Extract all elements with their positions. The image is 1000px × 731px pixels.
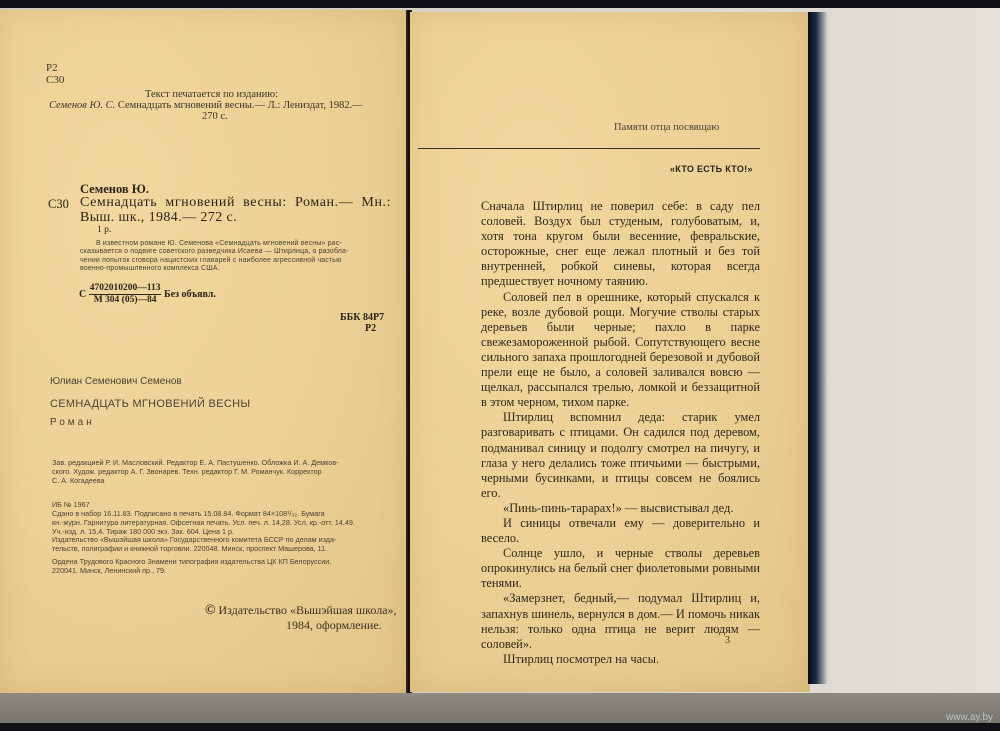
catalog-code-prefix: С [79,289,86,300]
scanner-bottom-strip [0,693,1000,723]
catalog-title-line2: Выш. шк., 1984.— 272 с. [80,210,237,226]
annotation-line: сказывается о подвиге советского разведч… [80,248,349,256]
source-note-heading: Текст печатается по изданию: [145,89,278,100]
credits-line: С. А. Когадеева [52,476,339,485]
dedication-rule [418,148,760,149]
catalog-title-line1: Семнадцать мгновений весны: Роман.— Мн.: [80,195,391,211]
paragraph: Штирлиц посмотрел на часы. [481,652,760,667]
annotation-line: военно-промышленного комплекса США. [80,265,349,273]
catalog-price: 1 р. [97,225,111,235]
source-note-title: Семнадцать мгновений весны.— Л.: Ленизда… [118,100,363,111]
bbk-sub: Р2 [365,323,376,334]
publisher-info: Издательство «Вышэйшая школа» Государств… [52,535,336,553]
copyright-icon: © [205,603,215,618]
watermark: www.ay.by [946,712,993,723]
copyright-text-1: Издательство «Вышэйшая школа», [218,603,396,617]
print-info-line: Сдано в набор 16.11.83. Подписано в печа… [52,509,355,518]
publisher-line: тельств, полиграфии и книжной торговли. … [52,544,336,553]
editorial-credits: Зав. редакцией Р. И. Масловский. Редакто… [52,458,339,485]
classification-code-2: С30 [46,74,64,86]
chapter-body: Сначала Штирлиц не поверил себе: в саду … [481,199,760,667]
chapter-title: «КТО ЕСТЬ КТО!» [670,164,753,174]
source-note-author: Семенов Ю. С. [49,100,115,111]
paragraph: Солнце ушло, и черные стволы деревьев оп… [481,546,760,591]
printer-line: 220041. Минск, Ленинский пр., 79. [52,566,331,575]
catalog-code: С 4702010200—113 М 304 (05)—84 Без объяв… [79,283,216,306]
paragraph: И синицы отвечали ему — доверительно и в… [481,516,760,546]
paragraph: Сначала Штирлиц не поверил себе: в саду … [481,199,760,290]
catalog-code-numerator: 4702010200—113 [89,283,162,295]
printer-info: Ордена Трудового Красного Знамени типогр… [52,557,331,575]
catalog-code-denominator: М 304 (05)—84 [94,295,157,306]
print-info-line: ИБ № 1967 [52,500,355,509]
catalog-code-fraction: 4702010200—113 М 304 (05)—84 [89,283,162,306]
source-note-citation: Семенов Ю. С. Семнадцать мгновений весны… [49,100,363,111]
print-info-line: кн.-журн. Гарнитура литературная. Офсетн… [52,518,355,527]
dedication: Памяти отца посвящаю [614,122,719,133]
paragraph: «Пинь-пинь-тарарах!» — высвистывал дед. [481,501,760,516]
bbk-code: ББК 84Р7 [340,312,384,323]
author-full-name: Юлиан Семенович Семенов [50,376,182,387]
genre-label: Роман [50,417,95,428]
print-info: ИБ № 1967 Сдано в набор 16.11.83. Подпис… [52,500,355,536]
book-title: СЕМНАДЦАТЬ МГНОВЕНИЙ ВЕСНЫ [50,398,250,410]
annotation-line: чении попыток сговора нацистских главаре… [80,257,349,265]
paragraph: «Замерзнет, бедный,— подумал Штирлиц и, … [481,591,760,651]
source-note-pages: 270 с. [202,111,228,122]
catalog-code-suffix: Без объявл. [164,289,216,300]
publisher-line: Издательство «Вышэйшая школа» Государств… [52,535,336,544]
page-edge-shadow [808,12,828,684]
catalog-index: С30 [48,197,69,212]
classification-code-1: Р2 [46,62,58,74]
page-number: 3 [725,635,730,646]
printer-line: Ордена Трудового Красного Знамени типогр… [52,557,331,566]
paragraph: Штирлиц вспомнил деда: старик умел разго… [481,410,760,501]
copyright-line-1: © Издательство «Вышэйшая школа», [205,603,397,619]
credits-line: ского. Худож. редактор А. Г. Звонарев. Т… [52,467,339,476]
annotation-block: В известном романе Ю. Семенова «Семнадца… [80,240,349,274]
copyright-line-2: 1984, оформление. [286,618,382,633]
paragraph: Соловей пел в орешнике, который спускалс… [481,290,760,411]
credits-line: Зав. редакцией Р. И. Масловский. Редакто… [52,458,339,467]
